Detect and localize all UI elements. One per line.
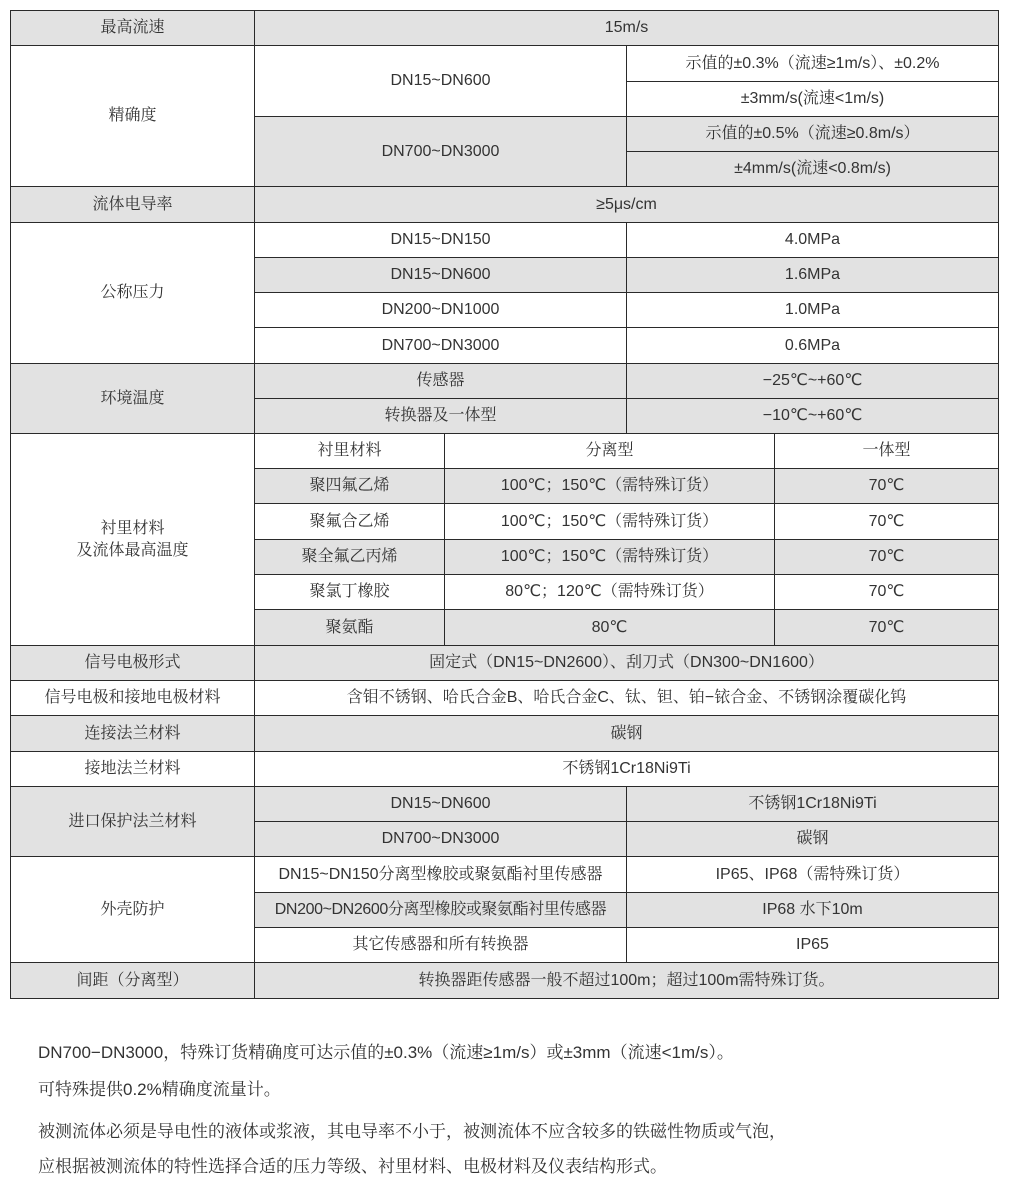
- accuracy-line: 示值的±0.5%（流速≥0.8m/s）: [626, 116, 999, 152]
- note-line: 被测流体必须是导电性的液体或浆液，其电导率不小于，被测流体不应含较多的铁磁性物质…: [38, 1117, 786, 1142]
- lining-separate: 100℃；150℃（需特殊订货）: [444, 539, 775, 575]
- label-flange-material: 连接法兰材料: [10, 715, 255, 752]
- lining-integral: 70℃: [774, 503, 999, 540]
- value-electrode-form: 固定式（DN15~DN2600）、刮刀式（DN300~DN1600）: [254, 645, 999, 681]
- lining-integral: 70℃: [774, 609, 999, 646]
- note-line: 应根据被测流体的特性选择合适的压力等级、衬里材料、电极材料及仪表结构形式。: [38, 1152, 667, 1177]
- ambient-value: −10℃~+60℃: [626, 398, 999, 434]
- label-electrode-material: 信号电极和接地电极材料: [10, 680, 255, 716]
- ambient-value: −25℃~+60℃: [626, 363, 999, 399]
- spec-table: 最高流速 15m/s 精确度 DN15~DN600 示值的±0.3%（流速≥1m…: [11, 11, 999, 999]
- value-ground-flange: 不锈钢1Cr18Ni9Ti: [254, 751, 999, 787]
- value-flange-material: 碳钢: [254, 715, 999, 752]
- pressure-value: 1.6MPa: [626, 257, 999, 293]
- enclosure-item: 其它传感器和所有转换器: [254, 927, 627, 963]
- lining-separate: 80℃；120℃（需特殊订货）: [444, 574, 775, 610]
- pressure-range: DN15~DN150: [254, 222, 627, 258]
- label-enclosure: 外壳防护: [10, 856, 255, 963]
- inlet-range: DN15~DN600: [254, 786, 627, 822]
- value-max-velocity: 15m/s: [254, 10, 999, 46]
- pressure-range: DN15~DN600: [254, 257, 627, 293]
- enclosure-value: IP65、IP68（需特殊订货）: [626, 856, 999, 893]
- lining-material: 聚氨酯: [254, 609, 445, 646]
- pressure-range: DN700~DN3000: [254, 327, 627, 364]
- value-electrode-material: 含钼不锈钢、哈氏合金B、哈氏合金C、钛、钽、铂−铱合金、不锈钢涂覆碳化钨: [254, 680, 999, 716]
- accuracy-line: 示值的±0.3%（流速≥1m/s）、±0.2%: [626, 45, 999, 82]
- lining-material: 聚四氟乙烯: [254, 468, 445, 504]
- label-ambient-temp: 环境温度: [10, 363, 255, 434]
- note-line: 可特殊提供0.2%精确度流量计。: [38, 1075, 281, 1100]
- value-distance: 转换器距传感器一般不超过100m；超过100m需特殊订货。: [254, 962, 999, 999]
- inlet-value: 碳钢: [626, 821, 999, 857]
- enclosure-value: IP68 水下10m: [626, 892, 999, 928]
- lining-separate: 80℃: [444, 609, 775, 646]
- lining-material: 聚氟合乙烯: [254, 503, 445, 540]
- label-lining: 衬里材料 及流体最高温度: [10, 433, 255, 646]
- accuracy-range-1: DN15~DN600: [254, 45, 627, 117]
- value-conductivity: ≥5μs/cm: [254, 186, 999, 223]
- label-distance: 间距（分离型）: [10, 962, 255, 999]
- pressure-value: 0.6MPa: [626, 327, 999, 364]
- lining-header: 一体型: [774, 433, 999, 469]
- lining-integral: 70℃: [774, 574, 999, 610]
- lining-header: 衬里材料: [254, 433, 445, 469]
- label-max-velocity: 最高流速: [10, 10, 255, 46]
- label-nominal-pressure: 公称压力: [10, 222, 255, 364]
- inlet-value: 不锈钢1Cr18Ni9Ti: [626, 786, 999, 822]
- pressure-value: 1.0MPa: [626, 292, 999, 328]
- label-inlet-flange: 进口保护法兰材料: [10, 786, 255, 857]
- lining-material: 聚全氟乙丙烯: [254, 539, 445, 575]
- enclosure-item: DN15~DN150分离型橡胶或聚氨酯衬里传感器: [254, 856, 627, 893]
- ambient-item: 传感器: [254, 363, 627, 399]
- label-lining-line2: 及流体最高温度: [76, 540, 188, 562]
- lining-header: 分离型: [444, 433, 775, 469]
- label-conductivity: 流体电导率: [10, 186, 255, 223]
- ambient-item: 转换器及一体型: [254, 398, 627, 434]
- enclosure-value: IP65: [626, 927, 999, 963]
- label-lining-line1: 衬里材料: [100, 518, 164, 540]
- label-accuracy: 精确度: [10, 45, 255, 187]
- accuracy-range-2: DN700~DN3000: [254, 116, 627, 187]
- lining-separate: 100℃；150℃（需特殊订货）: [444, 503, 775, 540]
- note-line: DN700−DN3000，特殊订货精确度可达示值的±0.3%（流速≥1m/s）或…: [38, 1038, 734, 1063]
- pressure-value: 4.0MPa: [626, 222, 999, 258]
- label-ground-flange: 接地法兰材料: [10, 751, 255, 787]
- enclosure-item: DN200~DN2600分离型橡胶或聚氨酯衬里传感器: [254, 892, 627, 928]
- lining-separate: 100℃；150℃（需特殊订货）: [444, 468, 775, 504]
- inlet-range: DN700~DN3000: [254, 821, 627, 857]
- label-electrode-form: 信号电极形式: [10, 645, 255, 681]
- accuracy-line: ±3mm/s(流速<1m/s): [626, 81, 999, 117]
- accuracy-line: ±4mm/s(流速<0.8m/s): [626, 151, 999, 187]
- lining-material: 聚氯丁橡胶: [254, 574, 445, 610]
- lining-integral: 70℃: [774, 539, 999, 575]
- lining-integral: 70℃: [774, 468, 999, 504]
- pressure-range: DN200~DN1000: [254, 292, 627, 328]
